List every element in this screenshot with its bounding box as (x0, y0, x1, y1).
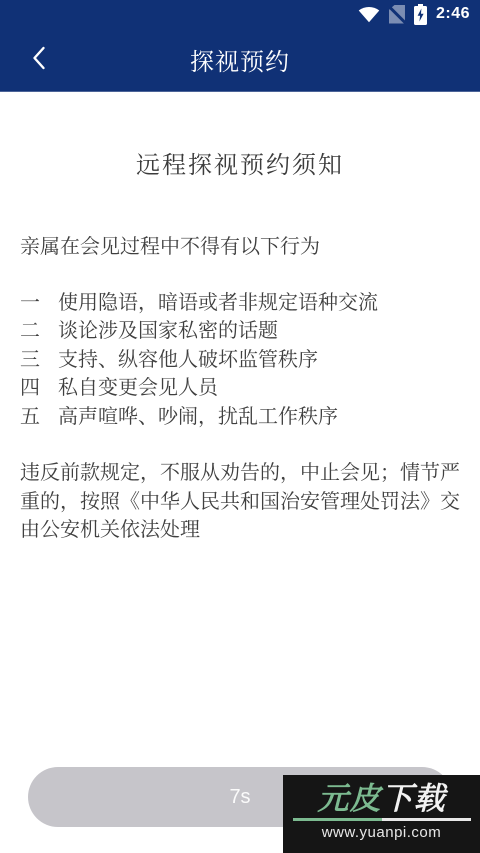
rule-item: 三 支持、纵容他人破坏监管秩序 (20, 346, 460, 375)
rule-number: 三 (20, 346, 58, 375)
app-screen: 2:46 探视预约 远程探视预约须知 亲属在会见过程中不得有以下行为 一 使用隐… (0, 0, 480, 853)
no-sim-icon (389, 5, 405, 24)
status-bar: 2:46 (0, 0, 480, 28)
page-title: 探视预约 (190, 42, 290, 77)
watermark-url: www.yuanpi.com (283, 824, 480, 841)
rules-list: 一 使用隐语，暗语或者非规定语种交流 二 谈论涉及国家私密的话题 三 支持、纵容… (20, 289, 460, 432)
watermark-brand-primary: 元皮 (318, 781, 382, 816)
watermark-underline (293, 818, 471, 821)
rule-number: 四 (20, 374, 58, 403)
watermark-brand-secondary: 下载 (382, 781, 446, 816)
battery-charging-icon (414, 4, 427, 25)
nav-bar: 探视预约 (0, 28, 480, 92)
rule-text: 使用隐语，暗语或者非规定语种交流 (58, 289, 460, 318)
rule-item: 四 私自变更会见人员 (20, 374, 460, 403)
watermark-badge: 元皮下载 www.yuanpi.com (283, 775, 480, 853)
back-button[interactable] (22, 28, 56, 91)
wifi-icon (358, 6, 380, 23)
chevron-left-icon (30, 44, 48, 75)
rule-item: 二 谈论涉及国家私密的话题 (20, 317, 460, 346)
notice-intro: 亲属在会见过程中不得有以下行为 (20, 233, 460, 262)
rule-text: 私自变更会见人员 (58, 374, 460, 403)
watermark-logo: 元皮下载 (283, 782, 480, 816)
countdown-label: 7s (229, 786, 250, 809)
rule-text: 谈论涉及国家私密的话题 (58, 317, 460, 346)
notice-content: 远程探视预约须知 亲属在会见过程中不得有以下行为 一 使用隐语，暗语或者非规定语… (0, 145, 480, 545)
rule-text: 高声喧哗、吵闹，扰乱工作秩序 (58, 403, 460, 432)
rule-number: 五 (20, 403, 58, 432)
rule-item: 五 高声喧哗、吵闹，扰乱工作秩序 (20, 403, 460, 432)
rule-text: 支持、纵容他人破坏监管秩序 (58, 346, 460, 375)
rule-number: 二 (20, 317, 58, 346)
status-time: 2:46 (436, 5, 470, 23)
rule-number: 一 (20, 289, 58, 318)
rule-item: 一 使用隐语，暗语或者非规定语种交流 (20, 289, 460, 318)
notice-title: 远程探视预约须知 (20, 145, 460, 180)
notice-footer: 违反前款规定，不服从劝告的，中止会见；情节严重的，按照《中华人民共和国治安管理处… (20, 459, 460, 545)
